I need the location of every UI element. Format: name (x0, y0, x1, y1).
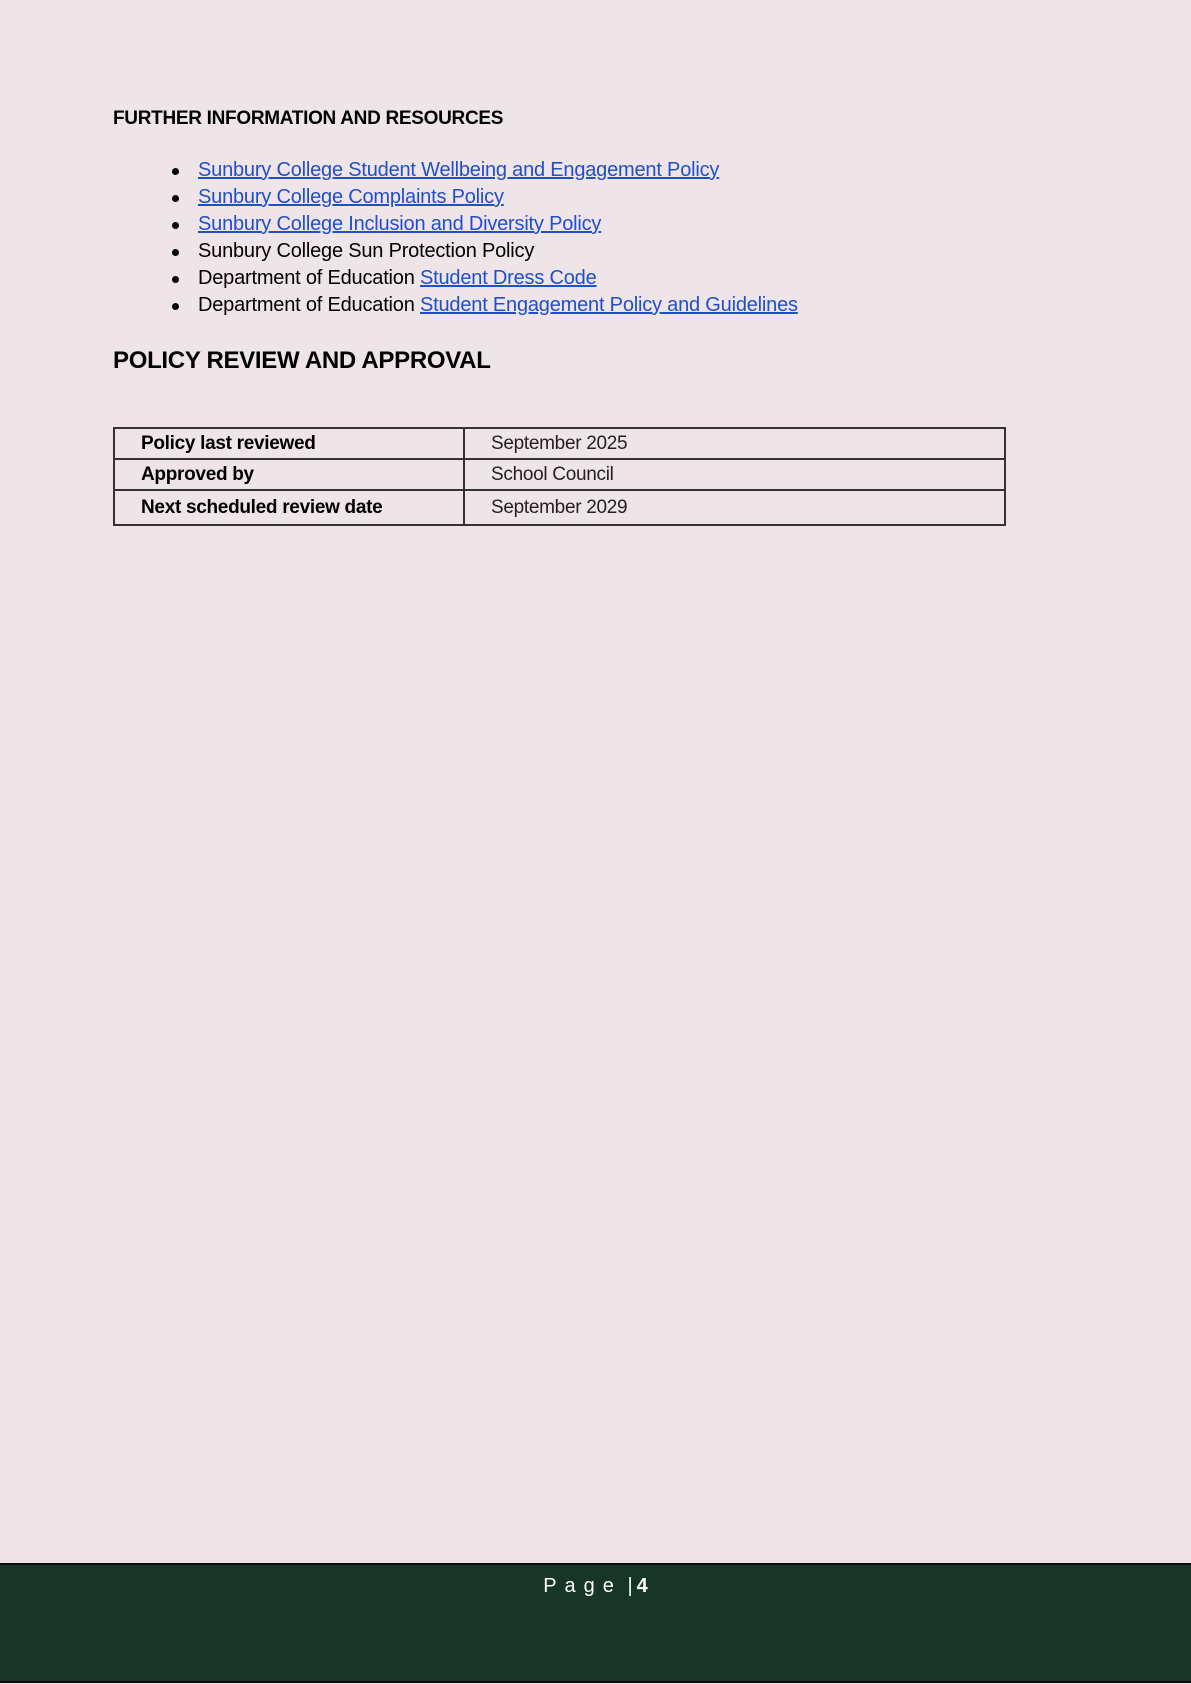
table-row: Policy last reviewed September 2025 (114, 428, 1005, 459)
row-value: September 2029 (464, 490, 1005, 525)
page-separator: | (627, 1575, 632, 1597)
further-information-heading: FURTHER INFORMATION AND RESOURCES (113, 108, 503, 130)
page-number-label: Page |4 (0, 1575, 1191, 1598)
table-row: Next scheduled review date September 202… (114, 490, 1005, 525)
table-row: Approved by School Council (114, 459, 1005, 490)
list-item-prefix: Department of Education (198, 294, 420, 316)
list-item-text: Sunbury College Sun Protection Policy (198, 240, 534, 262)
page-number: 4 (637, 1575, 648, 1597)
policy-review-table: Policy last reviewed September 2025 Appr… (113, 427, 1006, 526)
row-label: Next scheduled review date (114, 490, 464, 525)
link-complaints-policy[interactable]: Sunbury College Complaints Policy (198, 186, 504, 208)
page-word: Page (543, 1575, 622, 1597)
list-item-prefix: Department of Education (198, 267, 420, 289)
row-value: September 2025 (464, 428, 1005, 459)
link-student-wellbeing-policy[interactable]: Sunbury College Student Wellbeing and En… (198, 159, 719, 181)
list-item: Department of Education Student Dress Co… (198, 265, 798, 292)
list-item: Sunbury College Inclusion and Diversity … (198, 211, 798, 238)
resources-list: Sunbury College Student Wellbeing and En… (113, 157, 798, 319)
link-inclusion-diversity-policy[interactable]: Sunbury College Inclusion and Diversity … (198, 213, 601, 235)
row-label: Policy last reviewed (114, 428, 464, 459)
list-item: Sunbury College Complaints Policy (198, 184, 798, 211)
policy-review-heading: POLICY REVIEW AND APPROVAL (113, 347, 491, 375)
row-label: Approved by (114, 459, 464, 490)
link-student-dress-code[interactable]: Student Dress Code (420, 267, 597, 289)
row-value: School Council (464, 459, 1005, 490)
list-item: Sunbury College Sun Protection Policy (198, 238, 798, 265)
link-student-engagement-guidelines[interactable]: Student Engagement Policy and Guidelines (420, 294, 798, 316)
page-footer: Page |4 (0, 1563, 1191, 1683)
list-item: Sunbury College Student Wellbeing and En… (198, 157, 798, 184)
list-item: Department of Education Student Engageme… (198, 292, 798, 319)
